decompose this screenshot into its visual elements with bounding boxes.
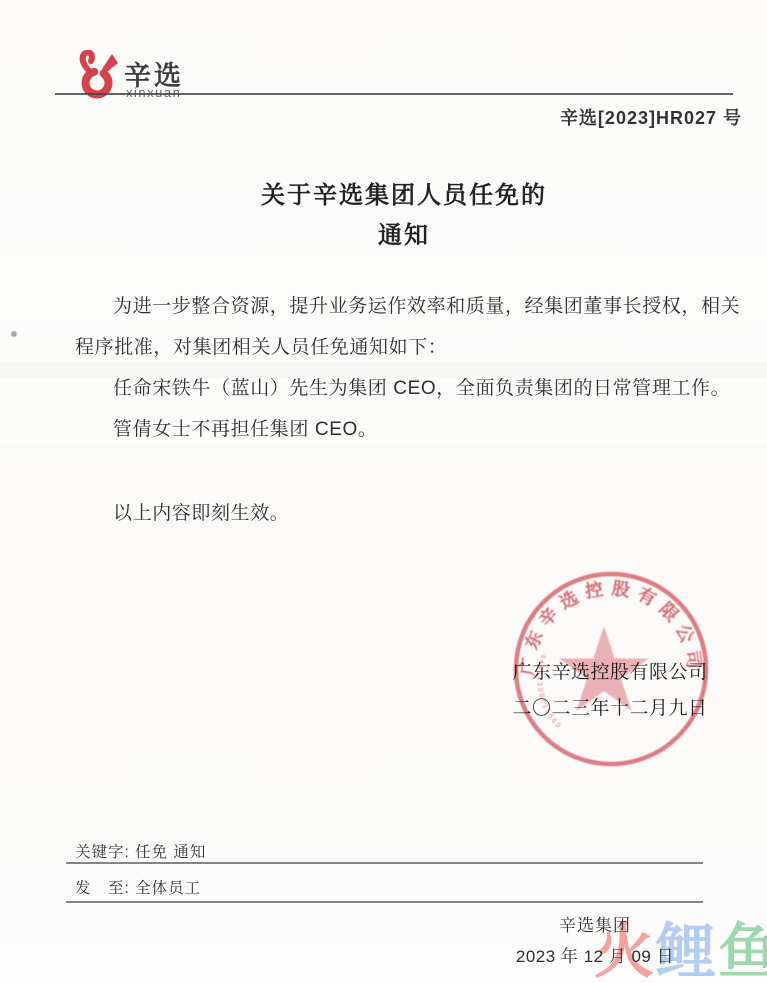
send-to-label: 发 至: — [75, 880, 130, 897]
body-line: 程序批准，对集团相关人员任免通知如下： — [75, 335, 735, 360]
scanned-notice-document: 辛选 xinxuan 辛选[2023]HR027 号 关于辛选集团人员任免的 通… — [0, 0, 767, 983]
company-seal-stamp: 广东辛选控股有限公司 44011309715660 — [501, 559, 721, 779]
seal-star-icon — [559, 626, 648, 711]
keywords-value: 任免 通知 — [135, 844, 206, 861]
send-to-value: 全体员工 — [135, 880, 201, 897]
document-title-line1: 关于辛选集团人员任免的 — [75, 175, 733, 210]
document-title-line2: 通知 — [75, 215, 733, 250]
seal-serial-number: 44011309715660 — [535, 653, 562, 731]
scan-artifact-band — [0, 446, 767, 456]
divider-line — [66, 901, 703, 903]
body-line: 任命宋铁牛（蓝山）先生为集团 CEO，全面负责集团的日常管理工作。 — [75, 376, 767, 401]
footer-organization: 辛选集团 — [460, 911, 730, 936]
scan-smudge-dot — [11, 331, 17, 337]
footer-date: 2023 年 12 月 09 日 — [470, 942, 720, 967]
keywords-row: 关键字: 任免 通知 — [75, 840, 206, 862]
svg-text:44011309715660: 44011309715660 — [535, 653, 562, 731]
send-to-row: 发 至: 全体员工 — [75, 876, 201, 898]
body-line-effective: 以上内容即刻生效。 — [75, 501, 767, 526]
body-line: 为进一步整合资源，提升业务运作效率和质量，经集团董事长授权，相关 — [75, 294, 767, 319]
document-number: 辛选[2023]HR027 号 — [0, 104, 742, 130]
body-line: 管倩女士不再担任集团 CEO。 — [75, 417, 767, 442]
keywords-label: 关键字: — [75, 844, 130, 861]
header-divider — [55, 93, 733, 95]
divider-line — [66, 862, 703, 864]
